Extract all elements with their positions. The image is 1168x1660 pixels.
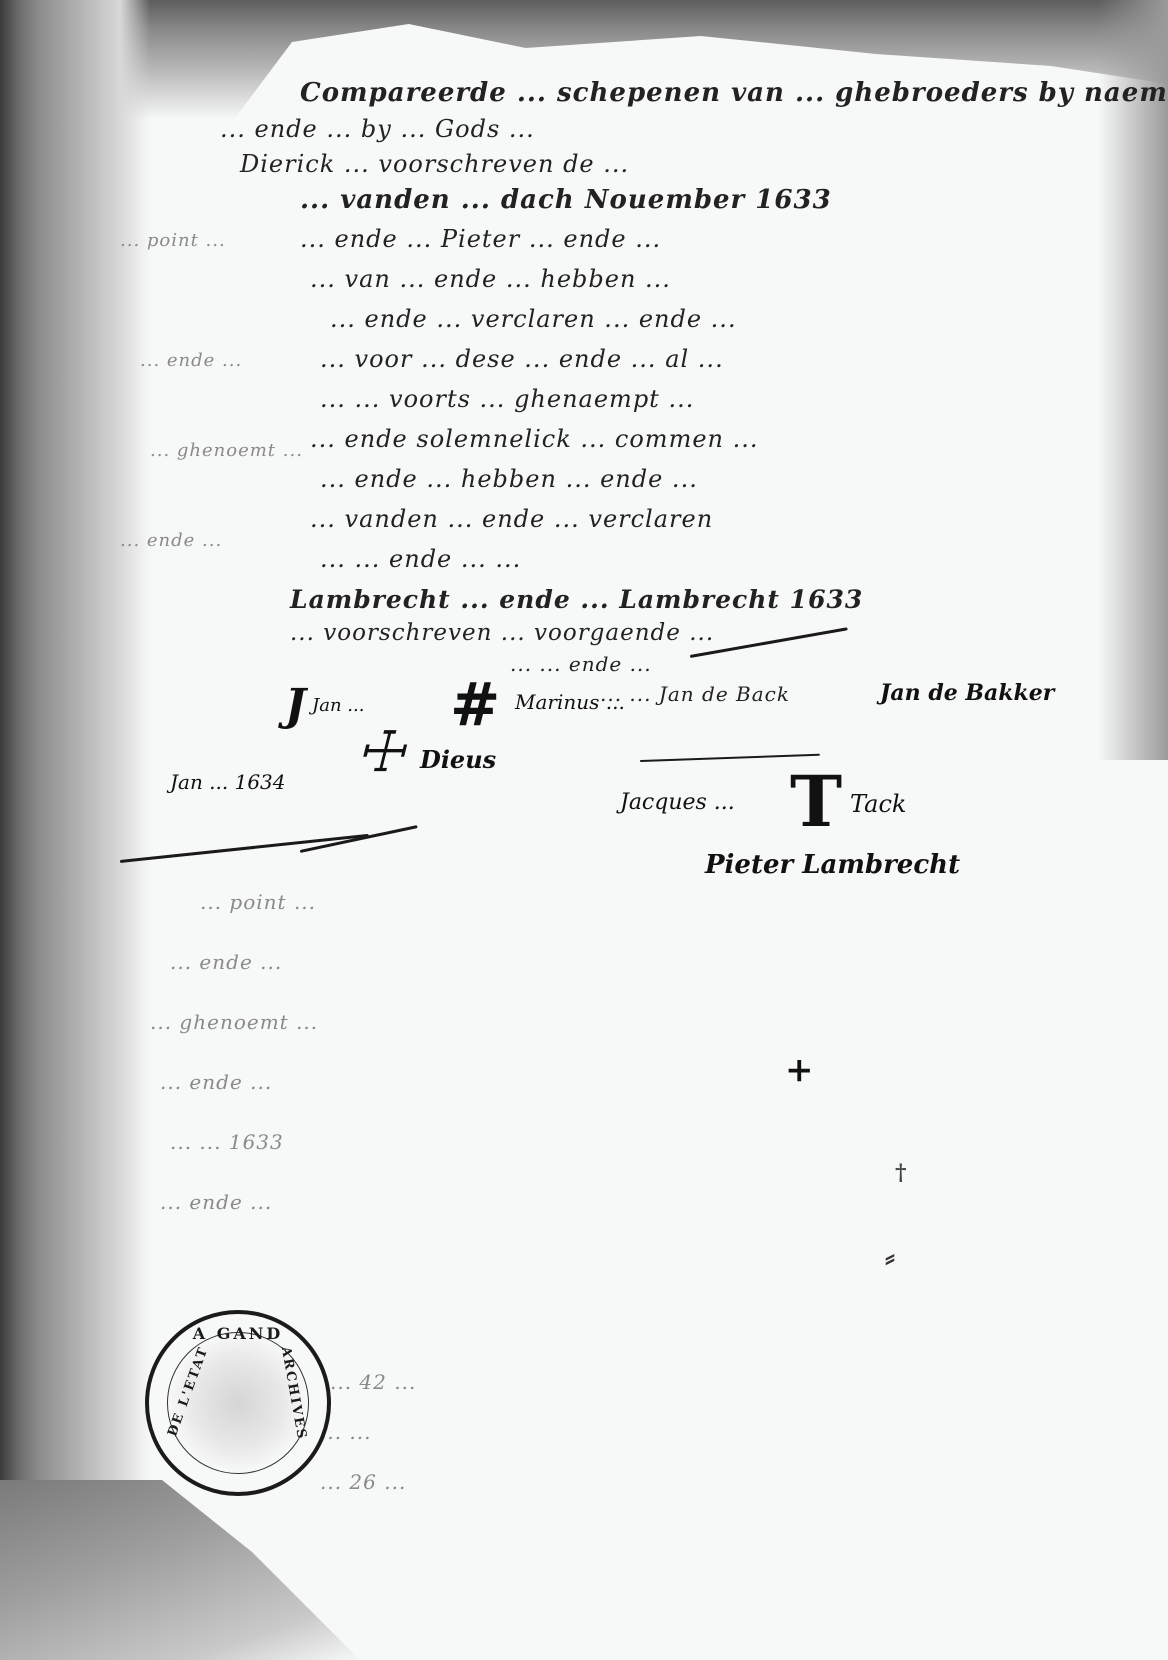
text-line-2: ... ende ... by ... Gods ... — [220, 115, 535, 143]
signature-dieus: Dieus — [420, 745, 496, 774]
mark-knot-symbol: ☩ — [355, 720, 405, 785]
margin-note-4: ... ende ... — [120, 530, 222, 551]
mark-cross-hatch: # — [450, 670, 500, 740]
faint-line-4: ... ende ... — [160, 1070, 272, 1094]
worn-right-edge — [1098, 0, 1168, 760]
text-line-13: ... ... ende ... ... — [320, 545, 521, 573]
signature-jan: Jan ... — [312, 695, 364, 716]
faint-line-5: ... ... 1633 — [170, 1130, 284, 1154]
signature-jan-1634: Jan ... 1634 — [170, 770, 286, 794]
margin-note-3: ... ghenoemt ... — [150, 440, 303, 461]
text-line-11: ... ende ... hebben ... ende ... — [320, 465, 698, 493]
signature-jan-de-bakker: Jan de Bakker — [880, 680, 1054, 706]
text-line-1: Compareerde ... schepenen van ... ghebro… — [300, 78, 1168, 108]
stamp-text-top: A GAND — [149, 1324, 327, 1343]
text-line-3: Dierick ... voorschreven de ... — [240, 150, 629, 178]
ink-mark-1: + — [785, 1050, 814, 1090]
mark-t: T — [790, 760, 842, 843]
faint-line-3: ... ghenoemt ... — [150, 1010, 318, 1034]
ink-mark-3: ⸗ — [885, 1240, 895, 1275]
faint-line-6: ... ende ... — [160, 1190, 272, 1214]
archive-stamp: A GAND DE L'ETAT ARCHIVES — [145, 1310, 331, 1496]
signature-jacques: Jacques ... — [620, 790, 735, 815]
text-line-7: ... ende ... verclaren ... ende ... — [330, 305, 737, 333]
text-line-5: ... ende ... Pieter ... ende ... — [300, 225, 661, 253]
margin-note-1: ... point ... — [120, 230, 226, 251]
manuscript-page: Compareerde ... schepenen van ... ghebro… — [0, 0, 1168, 1660]
ink-mark-2: † — [895, 1160, 907, 1186]
faint-line-1: ... point ... — [200, 890, 316, 914]
text-line-17: ... ... Jan de Back — [600, 682, 790, 706]
signature-tack: Tack — [850, 790, 906, 818]
text-line-10: ... ende solemnelick ... commen ... — [310, 425, 759, 453]
text-line-15: ... voorschreven ... voorgaende ... — [290, 620, 714, 646]
faint-line-7: ... 42 ... — [330, 1370, 416, 1394]
text-line-9: ... ... voorts ... ghenaempt ... — [320, 385, 694, 413]
folded-corner — [0, 1480, 360, 1660]
signature-pieter-lambrecht: Pieter Lambrecht — [705, 850, 960, 880]
text-line-16: ... ... ende ... — [510, 652, 652, 676]
faint-line-2: ... ende ... — [170, 950, 282, 974]
mark-j: J — [285, 680, 306, 731]
text-line-8: ... voor ... dese ... ende ... al ... — [320, 345, 724, 373]
signature-marinus: Marinus ... — [515, 690, 625, 714]
flourish-stroke-1 — [120, 834, 369, 863]
text-line-14: Lambrecht ... ende ... Lambrecht 1633 — [290, 585, 863, 614]
text-line-6: ... van ... ende ... hebben ... — [310, 265, 671, 293]
margin-note-2: ... ende ... — [140, 350, 242, 371]
text-line-12: ... vanden ... ende ... verclaren — [310, 505, 713, 533]
text-line-4-date: ... vanden ... dach Nouember 1633 — [300, 185, 832, 215]
faint-line-9: ... 26 ... — [320, 1470, 406, 1494]
